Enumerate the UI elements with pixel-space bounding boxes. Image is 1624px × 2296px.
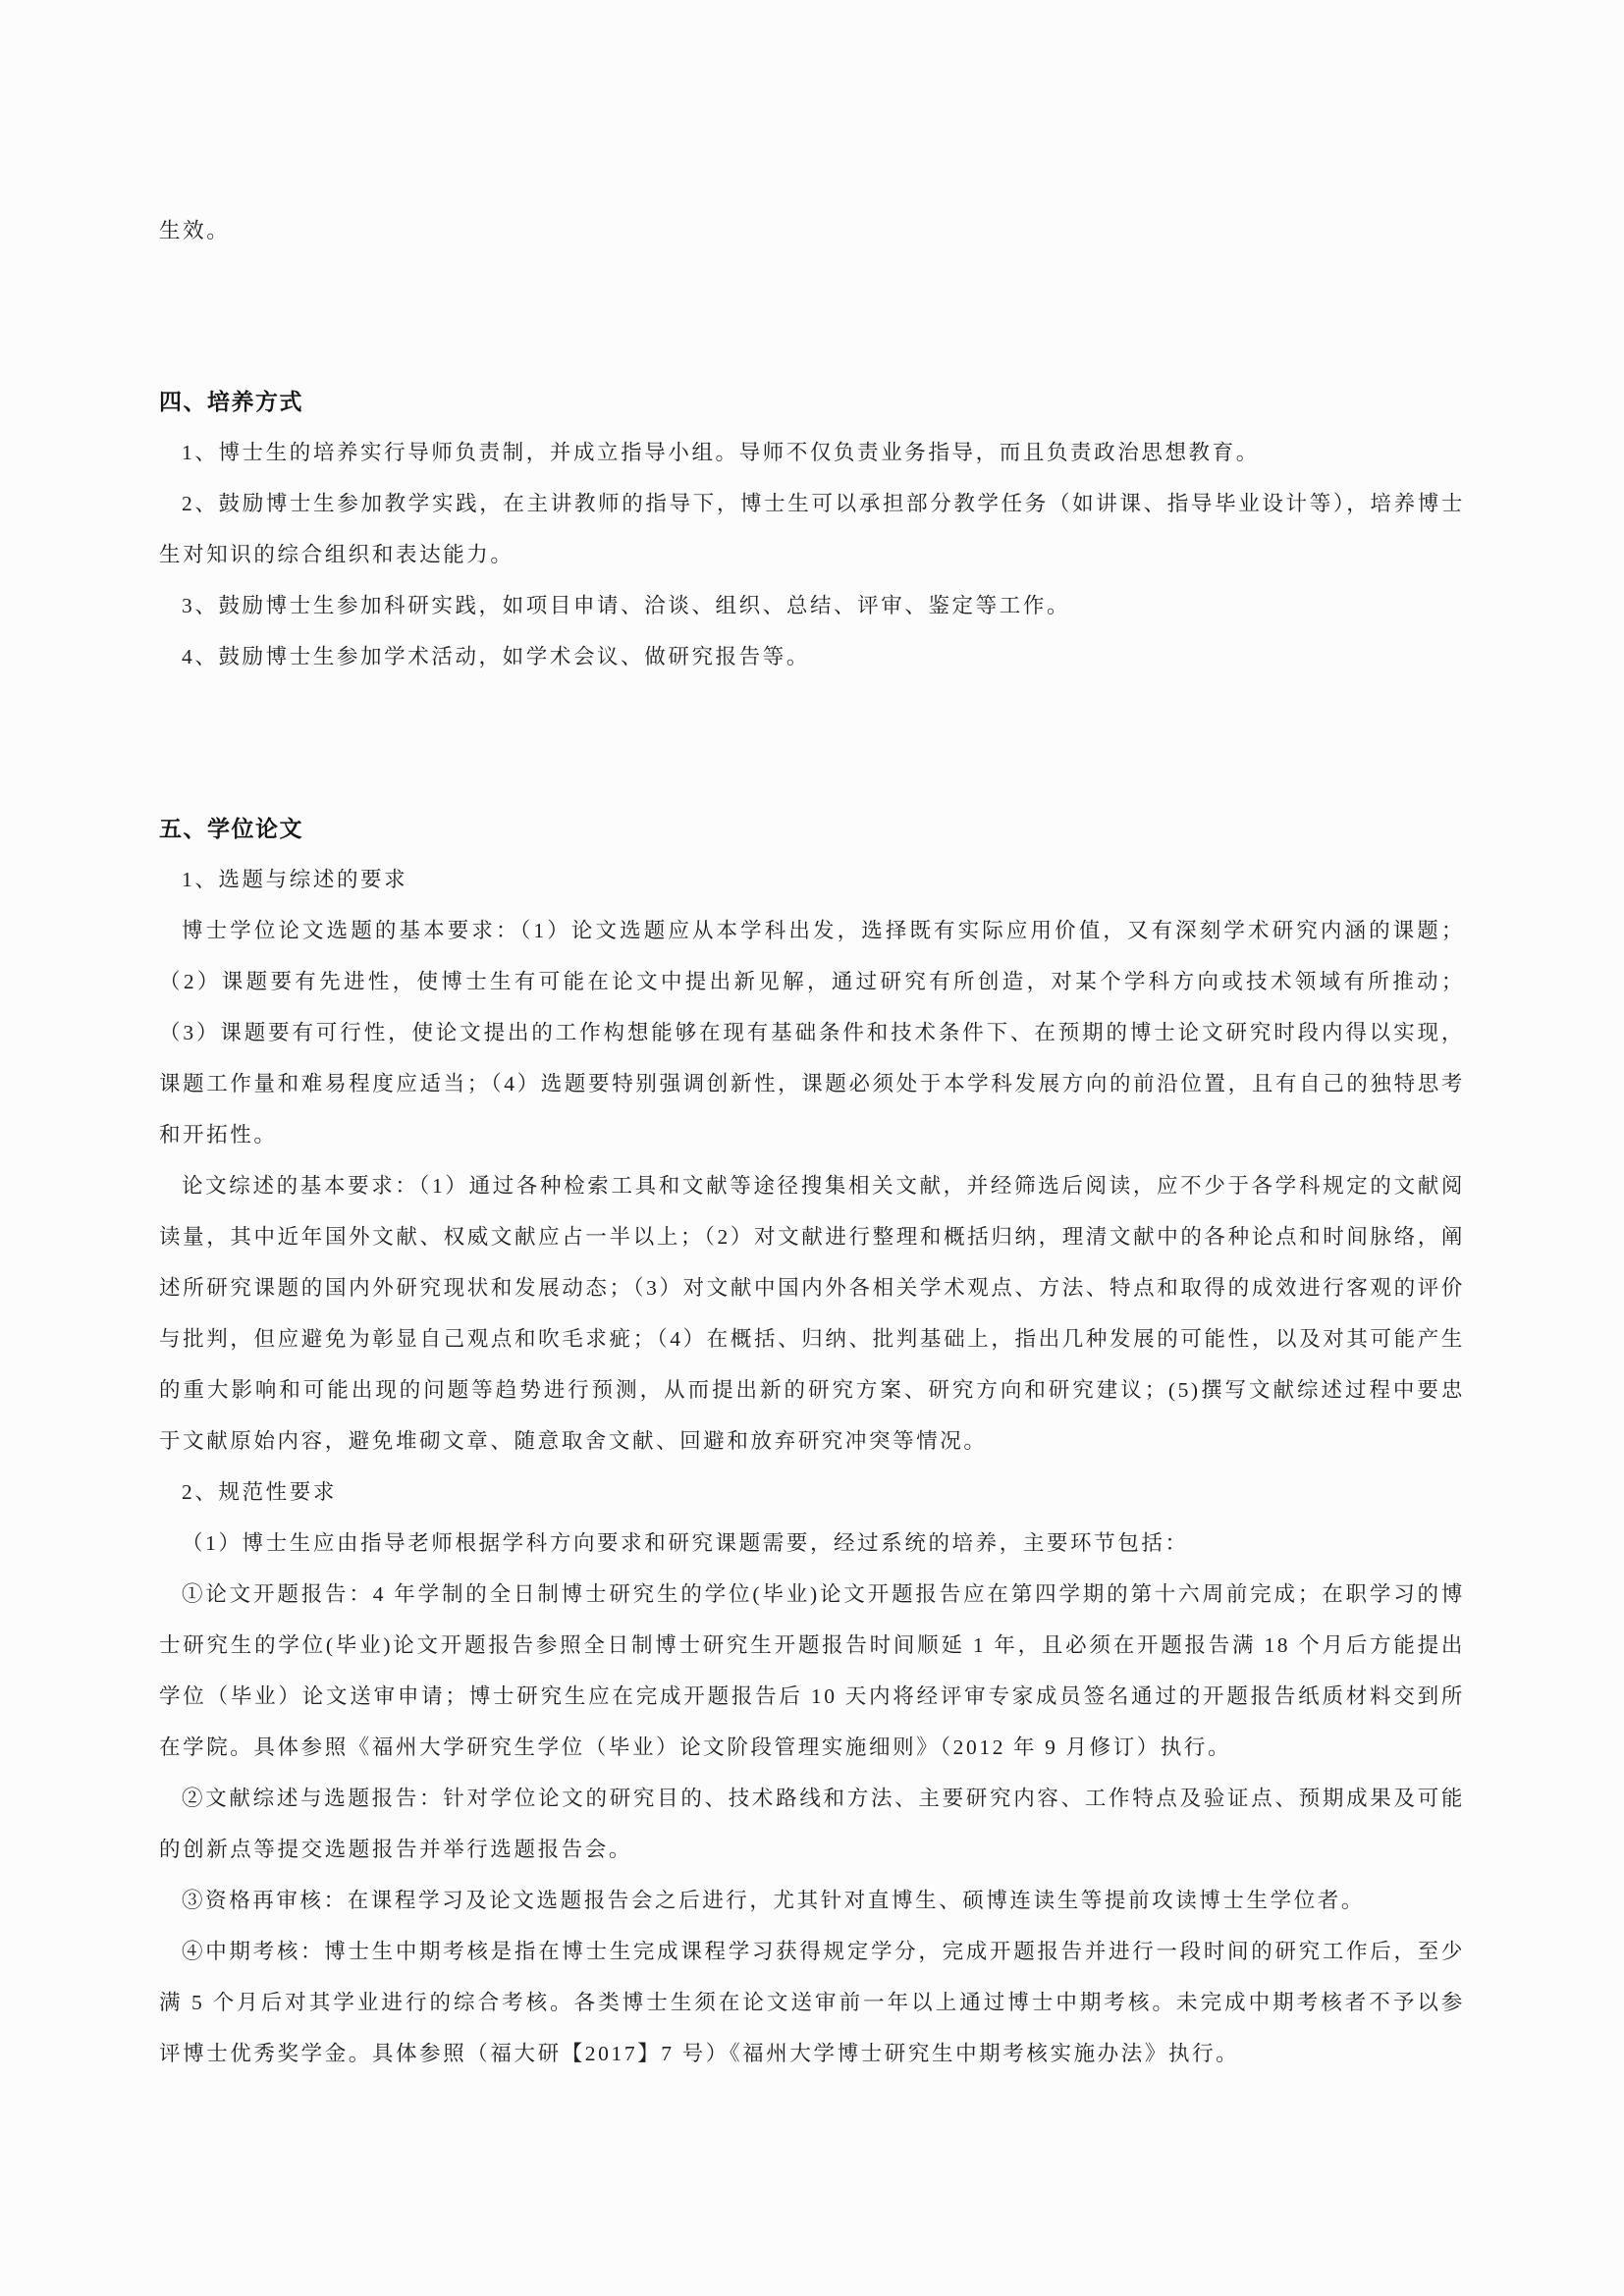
- paragraph: （1）博士生应由指导老师根据学科方向要求和研究课题需要，经过系统的培养，主要环节…: [159, 1518, 1465, 1569]
- paragraph: 2、鼓励博士生参加教学实践，在主讲教师的指导下，博士生可以承担部分教学任务（如讲…: [159, 478, 1465, 580]
- paragraph: 3、鼓励博士生参加科研实践，如项目申请、洽谈、组织、总结、评审、鉴定等工作。: [159, 580, 1465, 631]
- paragraph: ③资格再审核：在课程学习及论文选题报告会之后进行，尤其针对直博生、硕博连读生等提…: [159, 1875, 1465, 1926]
- paragraph: 1、博士生的培养实行导师负责制，并成立指导小组。导师不仅负责业务指导，而且负责政…: [159, 427, 1465, 478]
- paragraph: 论文综述的基本要求：（1）通过各种检索工具和文献等途径搜集相关文献，并经筛选后阅…: [159, 1160, 1465, 1467]
- section-degree-thesis: 五、学位论文 1、选题与综述的要求 博士学位论文选题的基本要求：（1）论文选题应…: [159, 803, 1465, 2079]
- leading-paragraph-continuation: 生效。: [159, 205, 1465, 256]
- document-page: { "page": { "background_color": "#fcfcfc…: [0, 0, 1624, 2296]
- paragraph: ②文献综述与选题报告：针对学位论文的研究目的、技术路线和方法、主要研究内容、工作…: [159, 1773, 1465, 1875]
- section-heading-degree-thesis: 五、学位论文: [159, 803, 1465, 854]
- paragraph: 1、选题与综述的要求: [159, 854, 1465, 905]
- section-heading-training-methods: 四、培养方式: [159, 376, 1465, 427]
- paragraph: ①论文开题报告：4 年学制的全日制博士研究生的学位(毕业)论文开题报告应在第四学…: [159, 1569, 1465, 1773]
- document-content: 生效。 四、培养方式 1、博士生的培养实行导师负责制，并成立指导小组。导师不仅负…: [159, 205, 1465, 2079]
- paragraph: 2、规范性要求: [159, 1467, 1465, 1518]
- paragraph: 博士学位论文选题的基本要求：（1）论文选题应从本学科出发，选择既有实际应用价值，…: [159, 905, 1465, 1160]
- paragraph: 4、鼓励博士生参加学术活动，如学术会议、做研究报告等。: [159, 631, 1465, 682]
- paragraph: ④中期考核：博士生中期考核是指在博士生完成课程学习获得规定学分，完成开题报告并进…: [159, 1926, 1465, 2079]
- section-training-methods: 四、培养方式 1、博士生的培养实行导师负责制，并成立指导小组。导师不仅负责业务指…: [159, 376, 1465, 682]
